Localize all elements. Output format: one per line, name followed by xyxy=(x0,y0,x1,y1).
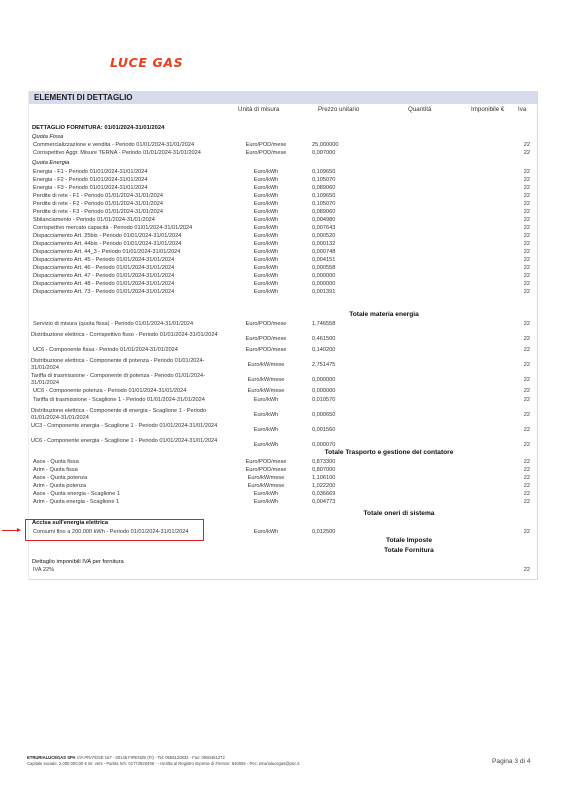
table-row: Dispacciamento Art. 45 - Periodo 01/01/2… xyxy=(29,257,537,265)
highlight-box xyxy=(25,519,204,541)
section-imponibili: Dettaglio imponibili IVA per fornitura xyxy=(32,559,124,565)
row-unit-price: 0,105070 xyxy=(312,177,362,184)
row-iva: 22 xyxy=(516,233,530,240)
row-iva: 22 xyxy=(516,169,530,176)
row-unit-price: 0,105070 xyxy=(312,201,362,208)
row-unit: Euro/POD/mese xyxy=(234,347,298,354)
row-iva: 22 xyxy=(516,388,530,395)
row-unit: Euro/kWh xyxy=(234,397,298,404)
row-description: Dispacciamento Art. 44_3 - Periodo 01/01… xyxy=(33,249,228,256)
total-fornitura: Totale Fornitura xyxy=(349,547,469,554)
row-unit: Euro/kWh xyxy=(234,442,298,449)
row-description: Distribuzione elettrica - Componente di … xyxy=(31,358,226,372)
row-iva: 22 xyxy=(516,475,530,482)
footer-address: VIA PRATESE 167 - 50145 FIRENZE (FI) - T… xyxy=(76,755,225,760)
row-iva: 22 xyxy=(516,217,530,224)
table-row: IVA 22%22 xyxy=(29,567,537,575)
col-price: Prezzo unitario xyxy=(318,106,359,113)
row-iva: 22 xyxy=(516,257,530,264)
table-row: Dispacciamento Art. 73 - Periodo 01/01/2… xyxy=(29,289,537,297)
table-row: Dispacciamento Art. 48 - Periodo 01/01/2… xyxy=(29,281,537,289)
row-unit-price: 0,140200 xyxy=(312,347,362,354)
row-unit: Euro/kWh xyxy=(234,273,298,280)
row-unit-price: 0,807000 xyxy=(312,467,362,474)
total-imposte: Totale Imposte xyxy=(349,537,469,544)
row-unit-price: 0,089060 xyxy=(312,185,362,192)
row-iva: 22 xyxy=(516,142,530,149)
row-unit: Euro/kWh xyxy=(234,257,298,264)
row-iva: 22 xyxy=(516,193,530,200)
row-description: Energia - F3 - Periodo 01/01/2024-31/01/… xyxy=(33,185,228,192)
row-unit: Euro/kW/mese xyxy=(234,475,298,482)
row-unit-price: 0,109650 xyxy=(312,193,362,200)
row-unit: Euro/POD/mese xyxy=(234,321,298,328)
table-row: Tariffa di trasmissione - Componente di … xyxy=(29,373,537,388)
section-fornitura: DETTAGLIO FORNITURA: 01/01/2024-31/01/20… xyxy=(32,125,164,131)
row-unit-price: 0,000000 xyxy=(312,377,362,384)
row-iva: 22 xyxy=(516,362,530,369)
row-iva: 22 xyxy=(516,412,530,419)
row-description: Asos - Quota fissa xyxy=(33,459,228,466)
footer-company-info: ETRURIALUCEGAS SPA VIA PRATESE 167 - 501… xyxy=(27,755,300,766)
row-unit: Euro/kWh xyxy=(234,193,298,200)
row-iva: 22 xyxy=(516,321,530,328)
row-description: Energia - F1 - Periodo 01/01/2024-31/01/… xyxy=(33,169,228,176)
total-trasporto: Totale Trasporto e gestione del contator… xyxy=(289,449,489,456)
row-unit: Euro/kWh xyxy=(234,169,298,176)
detail-panel: ELEMENTI DI DETTAGLIO Unità di misura Pr… xyxy=(28,91,538,580)
footer-legal: Capitale sociale: 2.000.000,00 € int. ve… xyxy=(27,761,300,767)
row-unit: Euro/POD/mese xyxy=(234,336,298,343)
row-iva: 22 xyxy=(516,201,530,208)
row-description: Arim - Quota potenza xyxy=(33,483,228,490)
row-unit: Euro/kWh xyxy=(234,491,298,498)
row-description: Distribuzione elettrica - Corrispettivo … xyxy=(31,332,226,339)
section-quota-fissa: Quota Fissa xyxy=(32,134,63,140)
row-unit-price: 1,106100 xyxy=(312,475,362,482)
table-row: Servizio di misura (quota fissa) - Perio… xyxy=(29,321,537,332)
row-unit: Euro/kWh xyxy=(234,233,298,240)
table-row: Asos - Quota fissaEuro/POD/mese0,8733002… xyxy=(29,459,537,467)
table-row: Energia - F2 - Periodo 01/01/2024-31/01/… xyxy=(29,177,537,185)
row-unit-price: 0,000520 xyxy=(312,233,362,240)
col-iva: Iva xyxy=(518,106,526,113)
row-unit-price: 1,746558 xyxy=(312,321,362,328)
total-materia: Totale materia energia xyxy=(294,311,474,318)
table-row: Arim - Quota energia - Scaglione 1Euro/k… xyxy=(29,499,537,507)
row-unit: Euro/POD/mese xyxy=(234,459,298,466)
row-unit: Euro/kWh xyxy=(234,225,298,232)
row-description: UC6 - Componente potenza - Periodo 01/01… xyxy=(33,388,228,395)
table-row: Arim - Quota fissaEuro/POD/mese0,8070002… xyxy=(29,467,537,475)
row-description: UC3 - Componente energia - Scaglione 1 -… xyxy=(31,423,226,430)
row-description: Perdite di rete - F2 - Periodo 01/01/202… xyxy=(33,201,228,208)
row-unit-price: 0,010570 xyxy=(312,397,362,404)
row-iva: 22 xyxy=(516,347,530,354)
row-description: Corrispettivo mercato capacità - Periodo… xyxy=(33,225,228,232)
row-description: UC6 - Componente fissa - Periodo 01/01/2… xyxy=(33,347,228,354)
row-unit: Euro/kWh xyxy=(234,217,298,224)
row-description: Asos - Quota potenza xyxy=(33,475,228,482)
table-row: Energia - F3 - Periodo 01/01/2024-31/01/… xyxy=(29,185,537,193)
row-unit-price: 2,751475 xyxy=(312,362,362,369)
row-unit: Euro/kW/mese xyxy=(234,362,298,369)
table-row: UC3 - Componente energia - Scaglione 1 -… xyxy=(29,423,537,438)
table-row: Tariffa di trasmissione - Scaglione 1 - … xyxy=(29,397,537,408)
table-row: Distribuzione elettrica - Componente di … xyxy=(29,358,537,373)
row-unit-price: 0,873300 xyxy=(312,459,362,466)
table-row: Sbilanciamento - Periodo 01/01/2024-31/0… xyxy=(29,217,537,225)
row-iva: 22 xyxy=(516,467,530,474)
row-description: IVA 22% xyxy=(33,567,228,574)
row-iva: 22 xyxy=(516,397,530,404)
row-unit-price: 0,461500 xyxy=(312,336,362,343)
total-oneri: Totale oneri di sistema xyxy=(329,510,469,517)
row-unit: Euro/POD/mese xyxy=(234,142,298,149)
row-iva: 22 xyxy=(516,529,530,536)
row-unit: Euro/kWh xyxy=(234,427,298,434)
row-unit-price: 0,089060 xyxy=(312,209,362,216)
table-row: Corrispettivo Aggr. Misure TERNA - Perio… xyxy=(29,150,537,158)
row-description: Dispacciamento Art. 48 - Periodo 01/01/2… xyxy=(33,281,228,288)
row-iva: 22 xyxy=(516,185,530,192)
table-row: Dispacciamento Art. 44bis - Periodo 01/0… xyxy=(29,241,537,249)
table-row: Commercializzazione e vendita - Periodo … xyxy=(29,142,537,150)
row-unit-price: 0,004151 xyxy=(312,257,362,264)
row-unit-price: 0,004980 xyxy=(312,217,362,224)
row-description: Energia - F2 - Periodo 01/01/2024-31/01/… xyxy=(33,177,228,184)
row-unit-price: 0,000558 xyxy=(312,265,362,272)
row-unit-price: 0,004773 xyxy=(312,499,362,506)
row-iva: 22 xyxy=(516,265,530,272)
row-unit-price: 0,000000 xyxy=(312,273,362,280)
row-unit-price: 0,000070 xyxy=(312,442,362,449)
table-row: Dispacciamento Art. 46 - Periodo 01/01/2… xyxy=(29,265,537,273)
row-iva: 22 xyxy=(516,483,530,490)
row-description: Arim - Quota energia - Scaglione 1 xyxy=(33,499,228,506)
row-iva: 22 xyxy=(516,281,530,288)
table-row: Corrispettivo mercato capacità - Periodo… xyxy=(29,225,537,233)
row-unit-price: 0,007643 xyxy=(312,225,362,232)
panel-title: ELEMENTI DI DETTAGLIO xyxy=(29,91,537,104)
row-unit-price: 0,000650 xyxy=(312,412,362,419)
row-unit: Euro/kWh xyxy=(234,265,298,272)
row-unit-price: 0,007000 xyxy=(312,150,362,157)
footer-company: ETRURIALUCEGAS SPA xyxy=(27,755,76,760)
row-description: Tariffa di trasmissione - Scaglione 1 - … xyxy=(33,397,228,404)
row-iva: 22 xyxy=(516,567,530,574)
table-row: Perdite di rete - F2 - Periodo 01/01/202… xyxy=(29,201,537,209)
row-unit: Euro/POD/mese xyxy=(234,150,298,157)
row-description: Dispacciamento Art. 45 - Periodo 01/01/2… xyxy=(33,257,228,264)
row-description: UC6 - Componente energia - Scaglione 1 -… xyxy=(31,438,226,445)
row-iva: 22 xyxy=(516,491,530,498)
row-description: Perdite di rete - F3 - Periodo 01/01/202… xyxy=(33,209,228,216)
row-unit: Euro/kW/mese xyxy=(234,388,298,395)
row-description: Arim - Quota fissa xyxy=(33,467,228,474)
row-description: Sbilanciamento - Periodo 01/01/2024-31/0… xyxy=(33,217,228,224)
row-unit: Euro/kWh xyxy=(234,209,298,216)
row-iva: 22 xyxy=(516,442,530,449)
row-description: Dispacciamento Art. 47 - Periodo 01/01/2… xyxy=(33,273,228,280)
row-iva: 22 xyxy=(516,241,530,248)
table-row: Dispacciamento Art. 25bis - Periodo 01/0… xyxy=(29,233,537,241)
row-description: Dispacciamento Art. 44bis - Periodo 01/0… xyxy=(33,241,228,248)
row-iva: 22 xyxy=(516,427,530,434)
table-row: Dispacciamento Art. 47 - Periodo 01/01/2… xyxy=(29,273,537,281)
row-unit-price: 0,012500 xyxy=(312,529,362,536)
row-iva: 22 xyxy=(516,459,530,466)
row-description: Distribuzione elettrica - Componente di … xyxy=(31,408,226,422)
table-row: Energia - F1 - Periodo 01/01/2024-31/01/… xyxy=(29,169,537,177)
row-iva: 22 xyxy=(516,177,530,184)
col-unit: Unità di misura xyxy=(238,106,279,113)
table-row: Perdite di rete - F3 - Periodo 01/01/202… xyxy=(29,209,537,217)
row-unit: Euro/kWh xyxy=(234,289,298,296)
row-unit-price: 0,109650 xyxy=(312,169,362,176)
page-number: Pagina 3 di 4 xyxy=(492,758,531,765)
row-unit: Euro/kWh xyxy=(234,499,298,506)
row-unit: Euro/kWh xyxy=(234,281,298,288)
table-row: Dispacciamento Art. 44_3 - Periodo 01/01… xyxy=(29,249,537,257)
table-row: UC6 - Componente potenza - Periodo 01/01… xyxy=(29,388,537,397)
brand-logo: LUCE GAS xyxy=(110,55,183,70)
row-iva: 22 xyxy=(516,273,530,280)
row-description: Dispacciamento Art. 73 - Periodo 01/01/2… xyxy=(33,289,228,296)
row-unit: Euro/kWh xyxy=(234,412,298,419)
col-quantity: Quantità xyxy=(408,106,431,113)
row-unit-price: 1,022200 xyxy=(312,483,362,490)
row-description: Corrispettivo Aggr. Misure TERNA - Perio… xyxy=(33,150,228,157)
row-iva: 22 xyxy=(516,336,530,343)
row-description: Dispacciamento Art. 25bis - Periodo 01/0… xyxy=(33,233,228,240)
row-unit: Euro/kW/mese xyxy=(234,377,298,384)
row-unit-price: 0,001391 xyxy=(312,289,362,296)
row-unit: Euro/kW/mese xyxy=(234,483,298,490)
row-description: Dispacciamento Art. 46 - Periodo 01/01/2… xyxy=(33,265,228,272)
arrow-icon xyxy=(2,530,18,531)
row-iva: 22 xyxy=(516,289,530,296)
table-row: Distribuzione elettrica - Componente di … xyxy=(29,408,537,423)
row-unit: Euro/kWh xyxy=(234,249,298,256)
row-iva: 22 xyxy=(516,249,530,256)
row-unit: Euro/POD/mese xyxy=(234,467,298,474)
row-description: Servizio di misura (quota fissa) - Perio… xyxy=(33,321,228,328)
row-iva: 22 xyxy=(516,209,530,216)
row-description: Tariffa di trasmissione - Componente di … xyxy=(31,373,226,387)
table-row: Asos - Quota energia - Scaglione 1Euro/k… xyxy=(29,491,537,499)
row-description: Asos - Quota energia - Scaglione 1 xyxy=(33,491,228,498)
table-row: Arim - Quota potenzaEuro/kW/mese1,022200… xyxy=(29,483,537,491)
row-unit-price: 0,001560 xyxy=(312,427,362,434)
table-row: Distribuzione elettrica - Corrispettivo … xyxy=(29,332,537,347)
row-unit-price: 25,000000 xyxy=(312,142,362,149)
row-iva: 22 xyxy=(516,377,530,384)
row-description: Commercializzazione e vendita - Periodo … xyxy=(33,142,228,149)
row-unit-price: 0,000000 xyxy=(312,388,362,395)
row-unit-price: 0,036669 xyxy=(312,491,362,498)
row-iva: 22 xyxy=(516,150,530,157)
section-quota-energia: Quota Energia xyxy=(32,160,69,166)
table-row: UC6 - Componente fissa - Periodo 01/01/2… xyxy=(29,347,537,358)
col-imponibile: Imponibile € xyxy=(471,106,504,113)
row-unit: Euro/kWh xyxy=(234,201,298,208)
row-description: Perdite di rete - F1 - Periodo 01/01/202… xyxy=(33,193,228,200)
row-unit: Euro/kWh xyxy=(234,185,298,192)
row-unit-price: 0,000000 xyxy=(312,281,362,288)
row-unit: Euro/kWh xyxy=(234,177,298,184)
table-row: Perdite di rete - F1 - Periodo 01/01/202… xyxy=(29,193,537,201)
row-iva: 22 xyxy=(516,225,530,232)
row-iva: 22 xyxy=(516,499,530,506)
table-row: Asos - Quota potenzaEuro/kW/mese1,106100… xyxy=(29,475,537,483)
row-unit: Euro/kWh xyxy=(234,241,298,248)
row-unit: Euro/kWh xyxy=(234,529,298,536)
row-unit-price: 0,000748 xyxy=(312,249,362,256)
row-unit-price: 0,000132 xyxy=(312,241,362,248)
